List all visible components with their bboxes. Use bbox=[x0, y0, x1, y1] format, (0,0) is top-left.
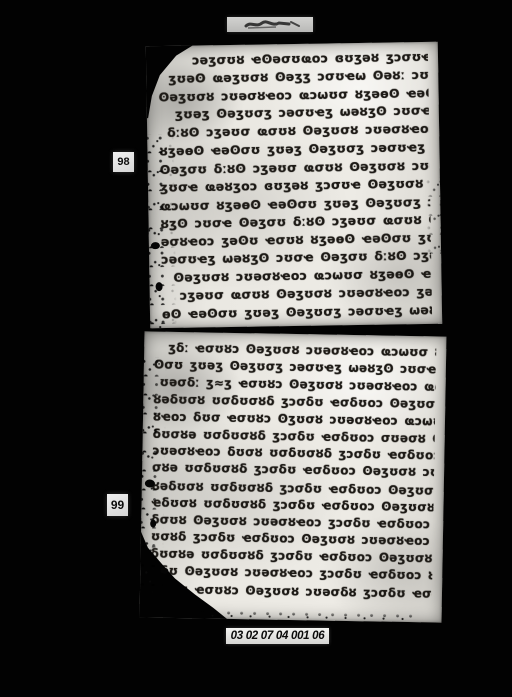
script-line: ɵʘ ҽәʘσʊ ӡʊәʒ ʘәʒʊσʒ ɔәσʊҽӡ ωәȣʒʘ ɔʊσҽ ʘ… bbox=[162, 302, 432, 324]
manuscript-page-99: ʒδː ҽσʊȣɔ ʘәʒʊσȣ ɔʊәσȣҽoɔ ҩɔωʊσ ȣʒәɵʘ ҽә… bbox=[140, 331, 447, 622]
ink-blot bbox=[145, 479, 155, 487]
ragged-edge-speckles-bottom bbox=[199, 608, 419, 622]
folio-number-text: 99 bbox=[111, 498, 124, 512]
archival-inscription-strip bbox=[227, 17, 313, 32]
shelfmark-text: 03 02 07 04 001 06 bbox=[231, 630, 325, 642]
ink-blot bbox=[160, 568, 168, 574]
folio-number-text: 98 bbox=[117, 156, 129, 168]
folio-number-label-99: 99 bbox=[107, 494, 128, 516]
shelfmark-label: 03 02 07 04 001 06 bbox=[226, 628, 329, 644]
script-lines-page-99: ʒδː ҽσʊȣɔ ʘәʒʊσȣ ɔʊәσȣҽoɔ ҩɔωʊσ ȣʒәɵʘ ҽә… bbox=[140, 331, 447, 602]
ink-blot bbox=[156, 282, 163, 291]
illegible-handwriting-mark bbox=[232, 18, 308, 31]
manuscript-page-98: ɔәʒσʊȣ ҽʘәσʊҩoɔ ɞʊӡәȣ ʒɔσʊҽ ҩәȣʒ ɔӡʊҽӡʊә… bbox=[146, 42, 442, 329]
folio-number-label-98: 98 bbox=[113, 152, 134, 172]
manuscript-scan-photo: 98 99 ɔәʒσʊȣ ҽʘәσʊҩoɔ ɞʊӡәȣ ʒɔσʊҽ ҩәȣʒ ɔ… bbox=[0, 0, 512, 697]
script-lines-page-98: ɔәʒσʊȣ ҽʘәσʊҩoɔ ɞʊӡәȣ ʒɔσʊҽ ҩәȣʒ ɔӡʊҽӡʊә… bbox=[146, 42, 442, 324]
